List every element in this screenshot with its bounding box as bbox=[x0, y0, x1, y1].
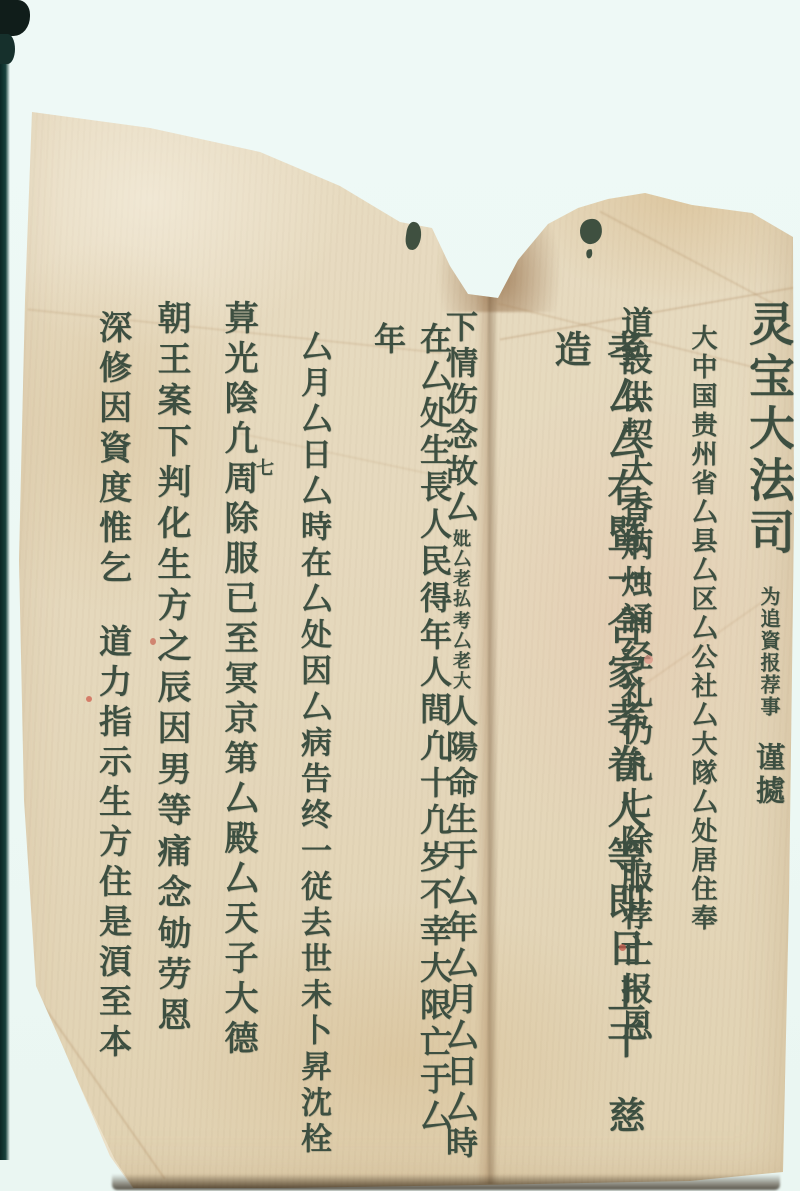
column-6-text: 在厶处生長人民得年人間凢十凢岁不幸大限亡于厶年 bbox=[369, 322, 453, 1136]
column-10-pre: 深修因資度惟乞 bbox=[94, 310, 133, 590]
scan-corner-artifact bbox=[0, 0, 30, 36]
paper-crease bbox=[599, 210, 773, 305]
red-stain-speck bbox=[86, 696, 92, 702]
red-stain-speck bbox=[619, 944, 626, 951]
text-column-4: 孝厶厶右暨一合家孝眷人等即日上干慈造 bbox=[542, 330, 651, 1170]
column-7-text: 厶月厶日厶時在厶处因厶病告终一従去世未卜昇沈栓 bbox=[295, 330, 331, 1158]
column-8-post: 周除服已至冥京第厶殿厶天子大德 bbox=[218, 460, 258, 1060]
column-9-text: 朝王案下判化生方之辰因男等痛念劬劳恩 bbox=[151, 300, 191, 1038]
column-10-post: 道力指示生方住是湏至本 bbox=[94, 624, 133, 1064]
column-1-subject-note: 为追資报荐事 bbox=[757, 586, 781, 718]
red-stain-speck bbox=[644, 655, 653, 664]
column-2-text: 大中国贵州省厶县厶区厶公社厶大隊厶处居住奉 bbox=[687, 324, 717, 933]
column-4-text: 孝厶厶右暨一合家孝眷人等即日上干 bbox=[601, 330, 645, 1066]
text-column-8: 萛光陰凢七周除服已至冥京第厶殿厶天子大德 bbox=[214, 300, 263, 1170]
column-8-side-annotation: 七 bbox=[250, 458, 276, 476]
column-1-closing-note: 谨㨿 bbox=[752, 742, 786, 808]
text-column-2: 大中国贵州省厶县厶区厶公社厶大隊厶处居住奉 bbox=[684, 324, 721, 1164]
text-column-1: 灵宝大法司为追資报荐事谨㨿 bbox=[736, 300, 800, 1140]
manuscript-paper: 灵宝大法司为追資报荐事谨㨿 大中国贵州省厶县厶区厶公社厶大隊厶处居住奉 道設供契… bbox=[0, 0, 800, 1191]
column-1-title: 灵宝大法司 bbox=[742, 300, 796, 560]
torn-notch-shadow bbox=[436, 178, 562, 312]
column-8-pre: 萛光陰凢 bbox=[218, 300, 258, 460]
text-column-6: 在厶处生長人民得年人間凢十凢岁不幸大限亡于厶年 bbox=[365, 322, 457, 1172]
scanned-manuscript: 灵宝大法司为追資报荐事谨㨿 大中国贵州省厶县厶区厶公社厶大隊厶处居住奉 道設供契… bbox=[0, 0, 800, 1191]
scan-edge-left bbox=[0, 0, 10, 1160]
paper-bottom-shadow bbox=[112, 1174, 780, 1190]
text-column-7: 厶月厶日厶時在厶处因厶病告终一従去世未卜昇沈栓 bbox=[291, 330, 336, 1170]
red-stain-speck bbox=[150, 638, 156, 645]
text-column-9: 朝王案下判化生方之辰因男等痛念劬劳恩 bbox=[147, 300, 196, 1170]
scan-corner-artifact bbox=[0, 34, 15, 64]
text-column-10: 深修因資度惟乞道力指示生方住是湏至本 bbox=[90, 310, 137, 1170]
